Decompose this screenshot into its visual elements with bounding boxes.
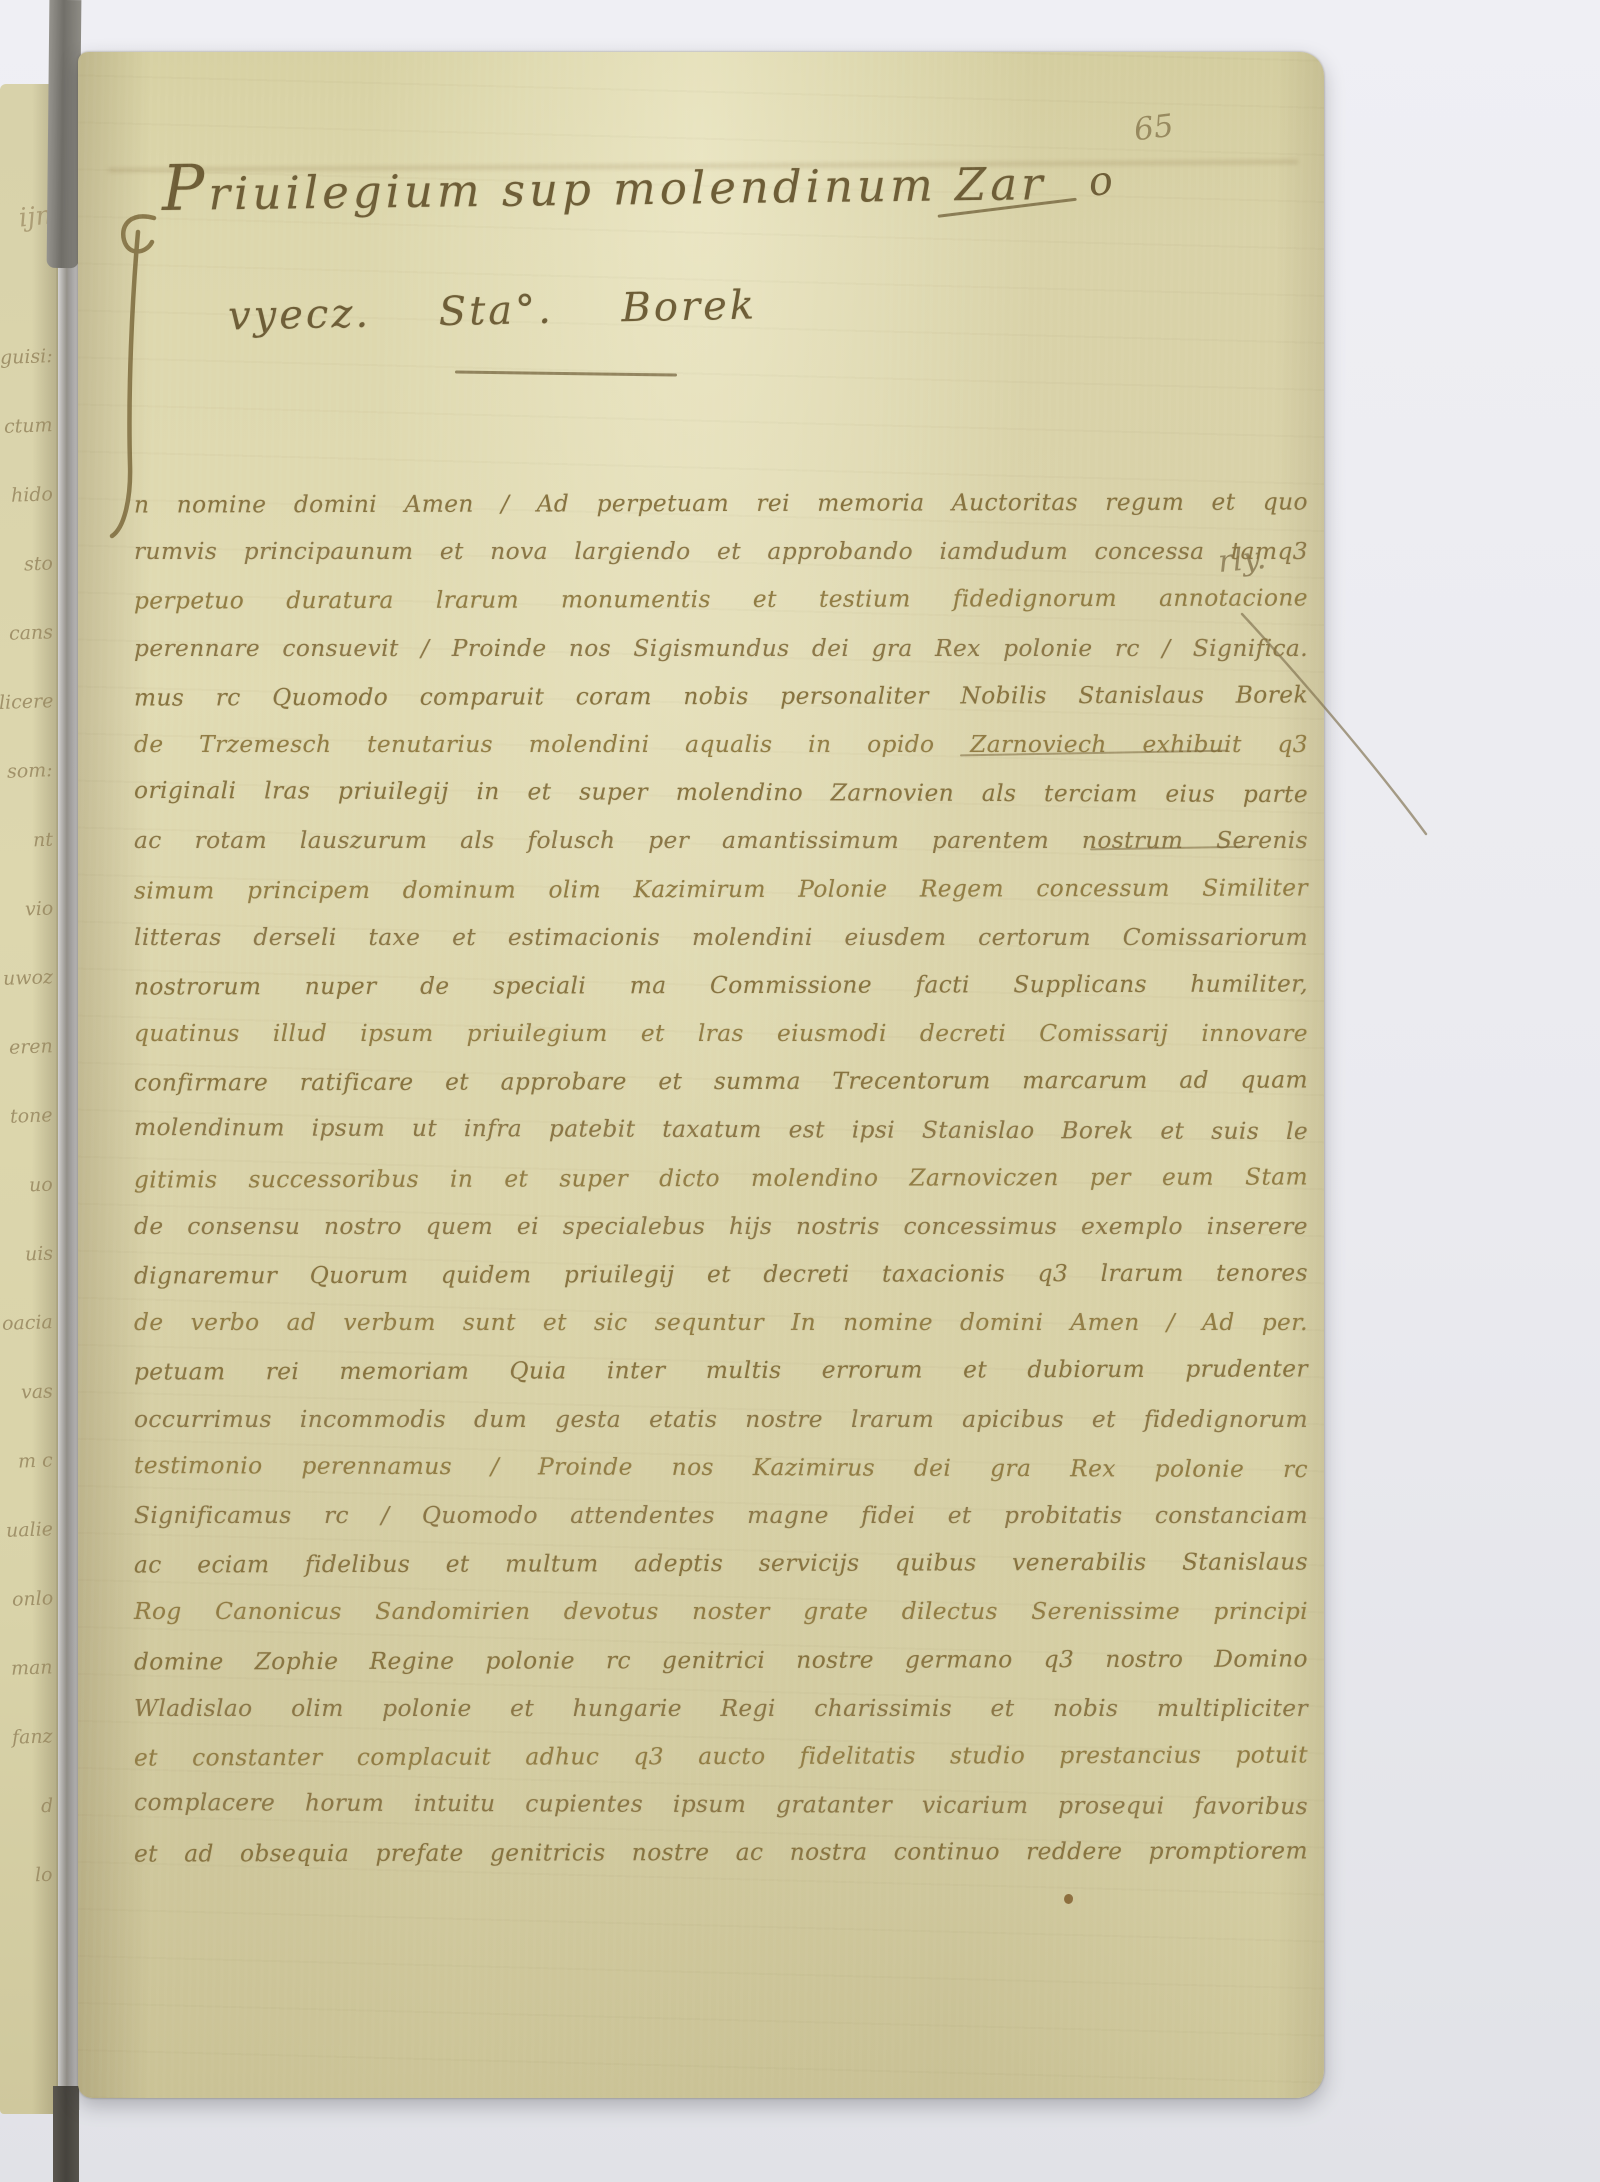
manuscript-text-line: nostrorum nuper de speciali ma Commissio… xyxy=(134,970,1308,1021)
manuscript-text-line: testimonio perennamus / Proinde nos Kazi… xyxy=(134,1452,1308,1504)
left-page-text-fragment: tone xyxy=(10,1104,53,1127)
manuscript-text-line: mus rc Quomodo comparuit coram nobis per… xyxy=(134,681,1308,732)
manuscript-text-line: ac eciam fidelibus et multum adeptis ser… xyxy=(134,1549,1308,1600)
left-page-text-fragment: d xyxy=(40,1795,53,1817)
manuscript-text-line: ac rotam lauszurum als folusch per amant… xyxy=(134,827,1308,875)
manuscript-text-line: petuam rei memoriam Quia inter multis er… xyxy=(134,1356,1308,1407)
photograph-backdrop: ijn guisi:ctumhidostocansliceresom:ntvio… xyxy=(0,0,1600,2182)
manuscript-text-line: perpetuo duratura lrarum monumentis et t… xyxy=(134,585,1308,636)
heading-underline xyxy=(455,370,677,376)
ink-dot xyxy=(1064,1894,1073,1904)
manuscript-text-line: n nomine domini Amen / Ad perpetuam rei … xyxy=(134,488,1308,539)
left-page-text-fragment: fanz xyxy=(12,1725,53,1748)
binding-spine-top xyxy=(47,0,82,268)
manuscript-text-line: molendinum ipsum ut infra patebit taxatu… xyxy=(134,1114,1308,1166)
manuscript-text-line: de consensu nostro quem ei specialebus h… xyxy=(134,1213,1308,1261)
manuscript-text-line: de verbo ad verbum sunt et sic sequntur … xyxy=(134,1309,1308,1357)
manuscript-text-line: occurrimus incommodis dum gesta etatis n… xyxy=(134,1406,1308,1454)
left-page-text-fragment: sto xyxy=(24,553,54,576)
left-page-text-fragment: uwoz xyxy=(3,966,54,990)
manuscript-text-line: complacere horum intuitu cupientes ipsum… xyxy=(134,1789,1308,1841)
manuscript-text-line: Wladislao olim polonie et hungarie Regi … xyxy=(134,1695,1308,1743)
left-page-fragment-column: guisi:ctumhidostocansliceresom:ntviouwoz… xyxy=(0,346,53,1886)
manuscript-text-line: perennare consuevit / Proinde nos Sigism… xyxy=(134,635,1308,683)
left-page-text-fragment: oacia xyxy=(2,1311,54,1335)
left-page-text-fragment: cans xyxy=(9,621,54,645)
manuscript-text-line: Significamus rc / Quomodo attendentes ma… xyxy=(134,1502,1308,1550)
manuscript-text-line: confirmare ratificare et approbare et su… xyxy=(134,1067,1308,1118)
left-page-text-fragment: uo xyxy=(29,1174,53,1197)
left-page-text-fragment: man xyxy=(11,1656,53,1679)
manuscript-text-line: simum principem dominum olim Kazimirum P… xyxy=(134,874,1308,925)
book-gutter-shadow xyxy=(56,40,80,2110)
manuscript-text-line: et ad obsequia prefate genitricis nostre… xyxy=(134,1838,1308,1889)
left-page-text-fragment: uis xyxy=(25,1243,54,1266)
manuscript-text-line: Rog Canonicus Sandomirien devotus noster… xyxy=(134,1598,1308,1646)
manuscript-text-line: dignaremur Quorum quidem priuilegij et d… xyxy=(134,1259,1308,1310)
manuscript-text-line: gitimis successoribus in et super dicto … xyxy=(134,1163,1308,1214)
left-page-text-fragment: vio xyxy=(24,898,53,921)
left-page-text-fragment: onlo xyxy=(11,1587,53,1610)
manuscript-text-line: quatinus illud ipsum priuilegium et lras… xyxy=(134,1020,1308,1068)
left-page-text-fragment: m c xyxy=(18,1449,53,1472)
heading-line-2: vyecz. Sta°. Borek xyxy=(228,282,758,339)
left-page-text-fragment: hido xyxy=(11,483,54,506)
manuscript-text-line: litteras derseli taxe et estimacionis mo… xyxy=(134,924,1308,972)
left-page-text-fragment: nt xyxy=(33,829,54,852)
left-page-text-fragment: ualie xyxy=(6,1518,54,1542)
left-page-text-fragment: ctum xyxy=(4,414,53,438)
left-page-text-fragment: eren xyxy=(9,1035,54,1059)
flourish-stroke xyxy=(938,198,1077,218)
left-page-text-fragment: vas xyxy=(21,1380,54,1403)
manuscript-text-line: domine Zophie Regine polonie rc genitric… xyxy=(134,1645,1308,1696)
manuscript-page: 65 Priuilegium sup molendinum Zar o vyec… xyxy=(78,52,1324,2098)
manuscript-text-line: rumvis principaunum et nova largiendo et… xyxy=(134,538,1308,586)
manuscript-text-line: de Trzemesch tenutarius molendini aquali… xyxy=(134,731,1308,779)
left-page-text-fragment: lo xyxy=(35,1864,53,1887)
left-page-text-fragment: som: xyxy=(7,759,53,783)
manuscript-text-line: et constanter complacuit adhuc q3 aucto … xyxy=(134,1741,1308,1792)
body-text-block: n nomine domini Amen / Ad perpetuam rei … xyxy=(134,490,1308,1887)
manuscript-text-line: originali lras priuilegij in et super mo… xyxy=(134,777,1308,829)
binding-spine-bottom xyxy=(53,2086,79,2182)
previous-page-edge: ijn guisi:ctumhidostocansliceresom:ntvio… xyxy=(0,84,58,2114)
left-page-text-fragment: guisi: xyxy=(0,345,53,369)
left-page-text-fragment: licere xyxy=(0,690,53,714)
